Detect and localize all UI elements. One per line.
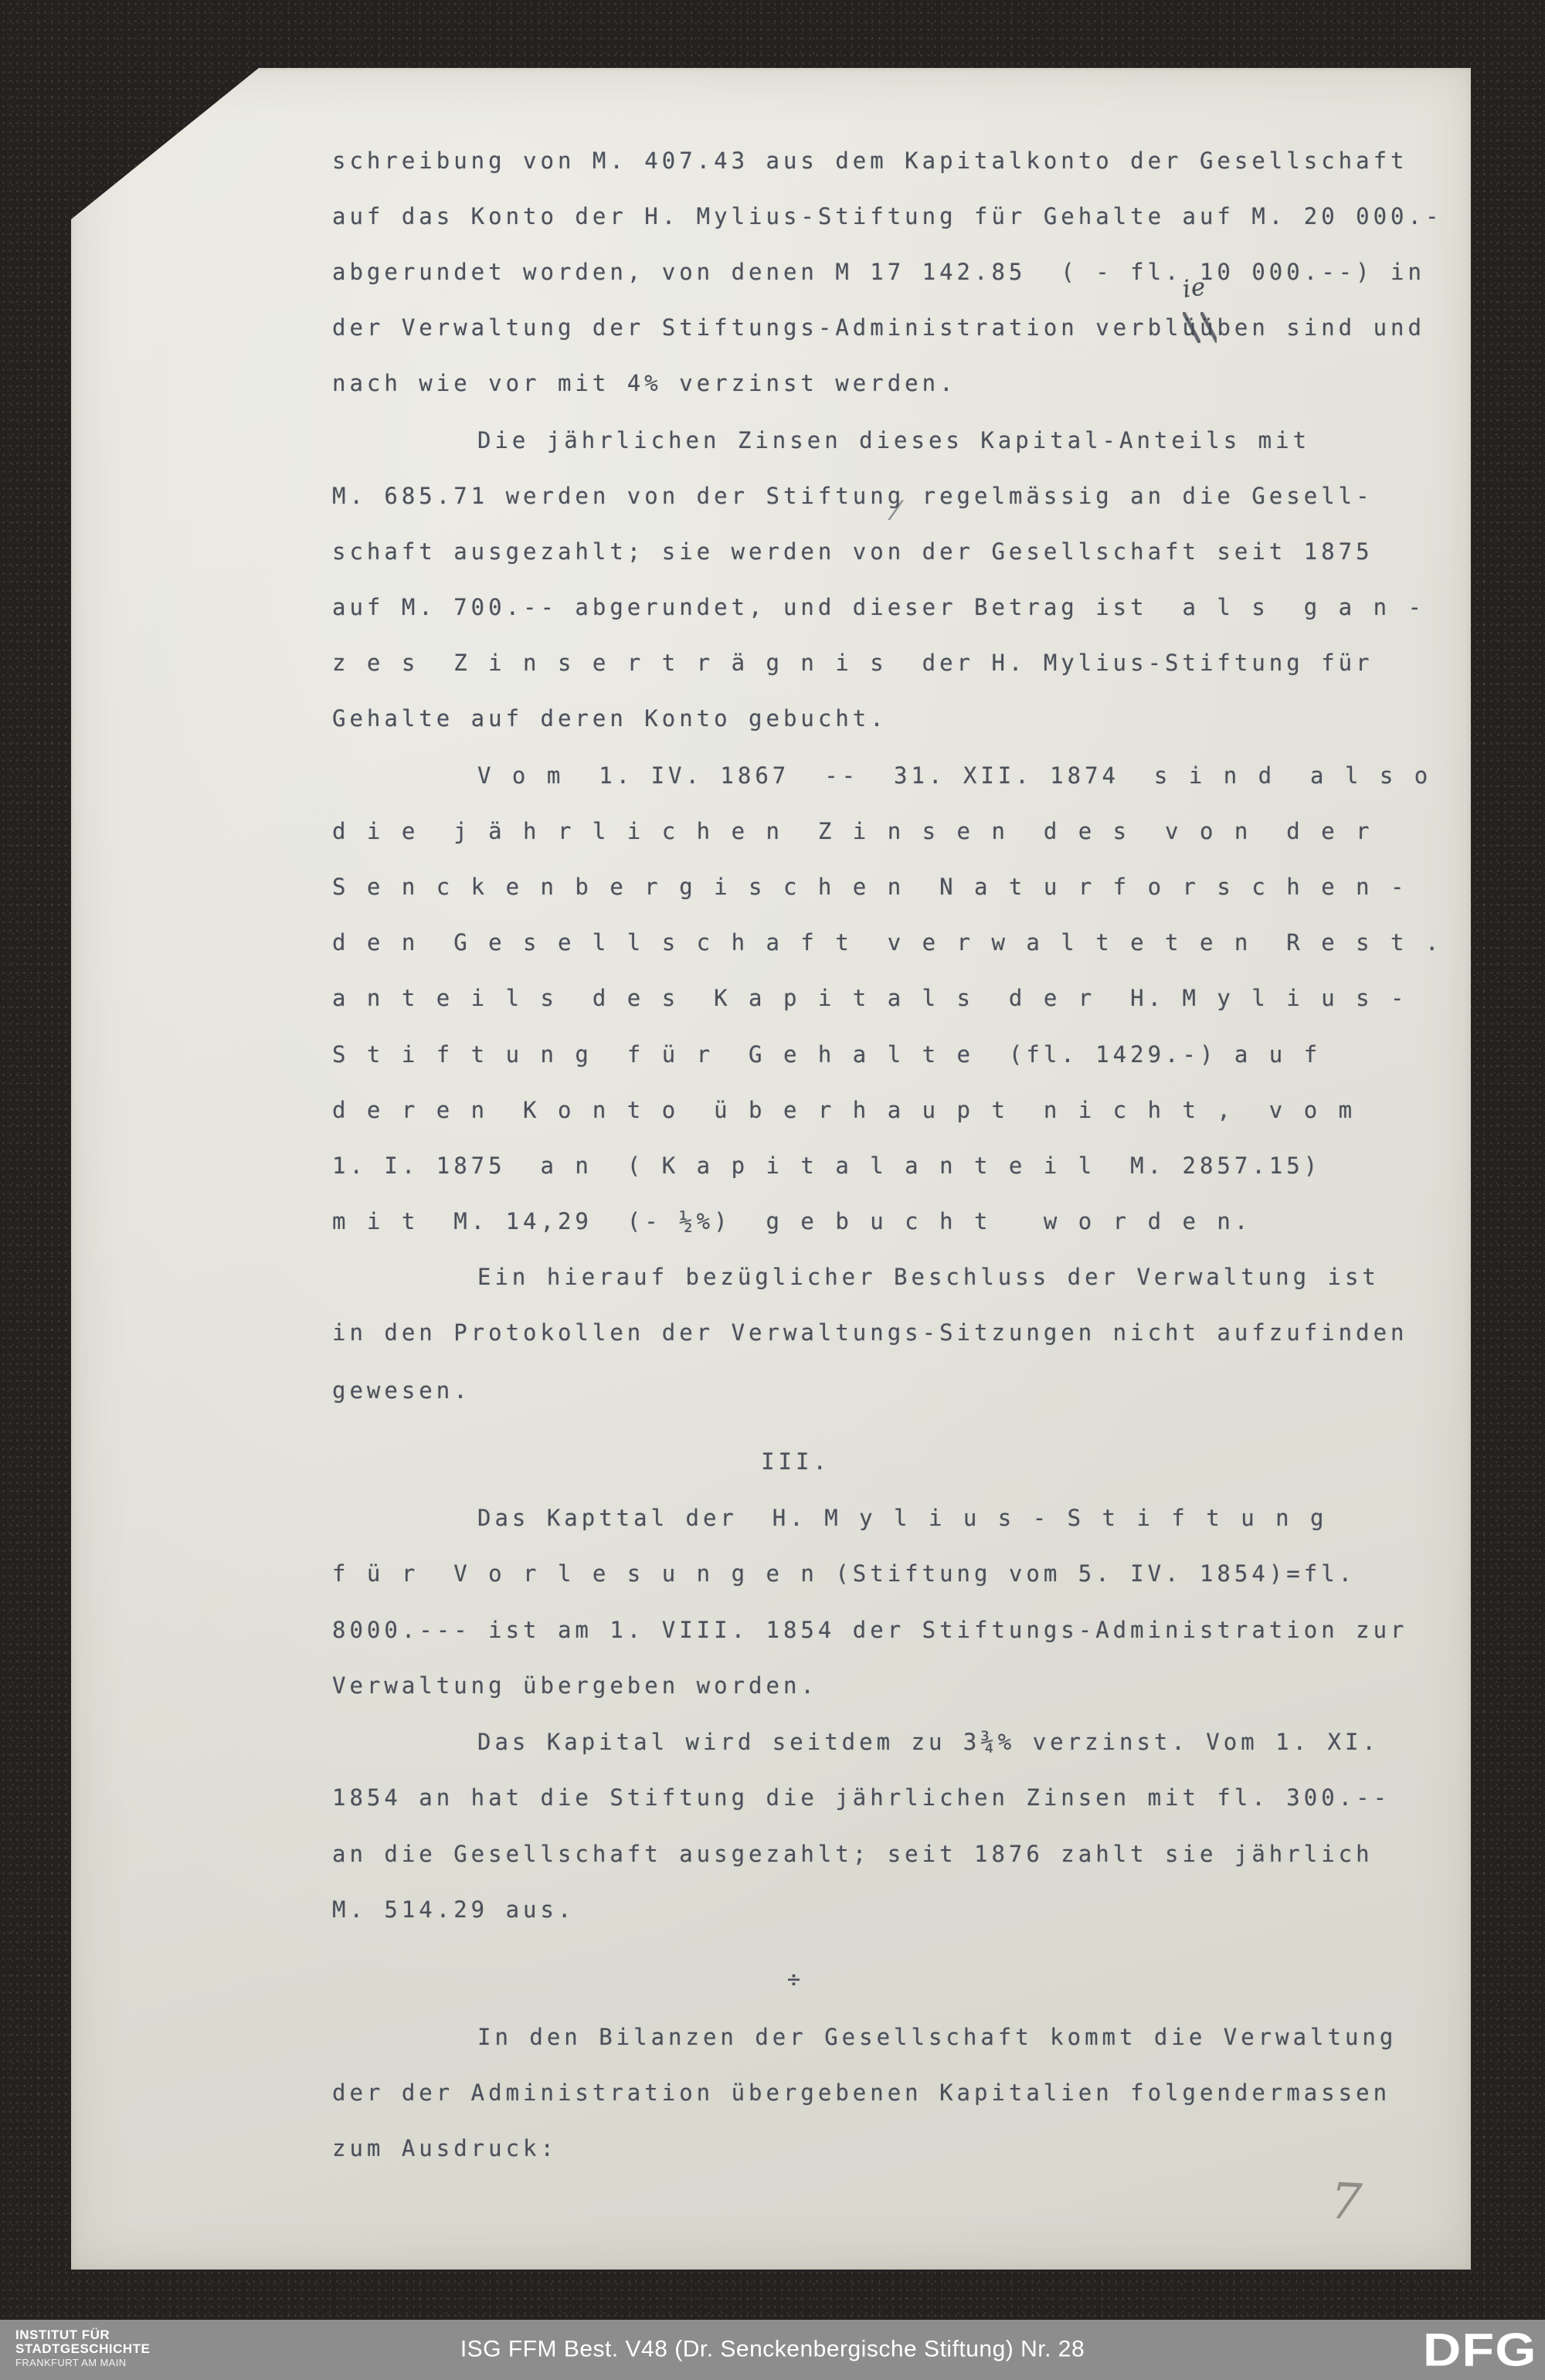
typed-text: der Verwaltung der Stiftungs-Administrat… xyxy=(332,314,1183,341)
typed-line: a n t e i l s d e s K a p i t a l s d e … xyxy=(332,983,1408,1013)
typed-text: ben sind und xyxy=(1217,314,1425,341)
section-heading: III. xyxy=(332,1446,1259,1477)
typed-line: m i t M. 14,29 (- ½%) g e b u c h t w o … xyxy=(332,1206,1251,1237)
typed-line: f ü r V o r l e s u n g e n (Stiftung vo… xyxy=(332,1558,1356,1589)
typed-line: d e n G e s e l l s c h a f t v e r w a … xyxy=(332,927,1442,958)
typed-line: auf das Konto der H. Mylius-Stiftung für… xyxy=(332,201,1442,232)
typed-line: In den Bilanzen der Gesellschaft kommt d… xyxy=(332,2022,1397,2052)
struck-chars: üü xyxy=(1183,314,1217,341)
typed-line: Ein hierauf bezüglicher Beschluss der Ve… xyxy=(332,1261,1380,1292)
typed-line: d e r e n K o n t o ü b e r h a u p t n … xyxy=(332,1095,1356,1125)
typed-line: gewesen. xyxy=(332,1375,471,1406)
typed-line: z e s Z i n s e r t r ä g n i s der H. M… xyxy=(332,647,1374,678)
footer-bar: INSTITUT FÜR STADTGESCHICHTE FRANKFURT A… xyxy=(0,2320,1545,2380)
typed-line: schaft ausgezahlt; sie werden von der Ge… xyxy=(332,536,1374,567)
dfg-logo: DFG xyxy=(1423,2324,1537,2377)
typed-line: Das Kapttal der H. M y l i u s - S t i f… xyxy=(332,1502,1328,1533)
typed-line: V o m 1. IV. 1867 -- 31. XII. 1874 s i n… xyxy=(332,760,1431,791)
typed-line: d i e j ä h r l i c h e n Z i n s e n d … xyxy=(332,816,1374,847)
typed-line: an die Gesellschaft ausgezahlt; seit 187… xyxy=(332,1838,1374,1869)
typed-line: der der Administration übergebenen Kapit… xyxy=(332,2077,1390,2108)
typed-line-with-correction: der Verwaltung der Stiftungs-Administrat… xyxy=(332,312,1425,343)
typed-line: Das Kapital wird seitdem zu 3¾% verzinst… xyxy=(332,1726,1380,1757)
typed-line: M. 685.71 werden von der Stiftung regelm… xyxy=(332,480,1374,511)
typed-line: Gehalte auf deren Konto gebucht. xyxy=(332,703,888,734)
typed-line: zum Ausdruck: xyxy=(332,2133,558,2164)
typed-line: M. 514.29 aus. xyxy=(332,1894,575,1925)
handwritten-correction: ie xyxy=(1181,275,1207,302)
typed-line: nach wie vor mit 4% verzinst werden. xyxy=(332,368,957,399)
typed-line: 1854 an hat die Stiftung die jährlichen … xyxy=(332,1782,1390,1813)
scan-background: schreibung von M. 407.43 aus dem Kapital… xyxy=(0,0,1545,2380)
overstruck-letters: üüie xyxy=(1183,312,1217,343)
typed-line: S t i f t u n g f ü r G e h a l t e (fl.… xyxy=(332,1039,1321,1070)
divider-mark: ÷ xyxy=(332,1964,1259,1995)
handwritten-page-number: 7 xyxy=(1329,2173,1363,2232)
archive-reference: ISG FFM Best. V48 (Dr. Senckenbergische … xyxy=(0,2336,1545,2362)
typed-line: schreibung von M. 407.43 aus dem Kapital… xyxy=(332,145,1408,176)
typed-line: 8000.--- ist am 1. VIII. 1854 der Stiftu… xyxy=(332,1614,1408,1645)
typed-line: abgerundet worden, von denen M 17 142.85… xyxy=(332,256,1425,287)
document-page: schreibung von M. 407.43 aus dem Kapital… xyxy=(71,68,1471,2270)
typed-line: in den Protokollen der Verwaltungs-Sitzu… xyxy=(332,1317,1408,1348)
typed-line: Verwaltung übergeben worden. xyxy=(332,1670,818,1701)
typed-text-layer: schreibung von M. 407.43 aus dem Kapital… xyxy=(332,68,1506,2270)
typed-line: Die jährlichen Zinsen dieses Kapital-Ant… xyxy=(332,425,1310,456)
typed-line: auf M. 700.-- abgerundet, und dieser Bet… xyxy=(332,592,1425,623)
typed-line: S e n c k e n b e r g i s c h e n N a t … xyxy=(332,871,1408,902)
typed-line: 1. I. 1875 a n ( K a p i t a l a n t e i… xyxy=(332,1150,1321,1181)
